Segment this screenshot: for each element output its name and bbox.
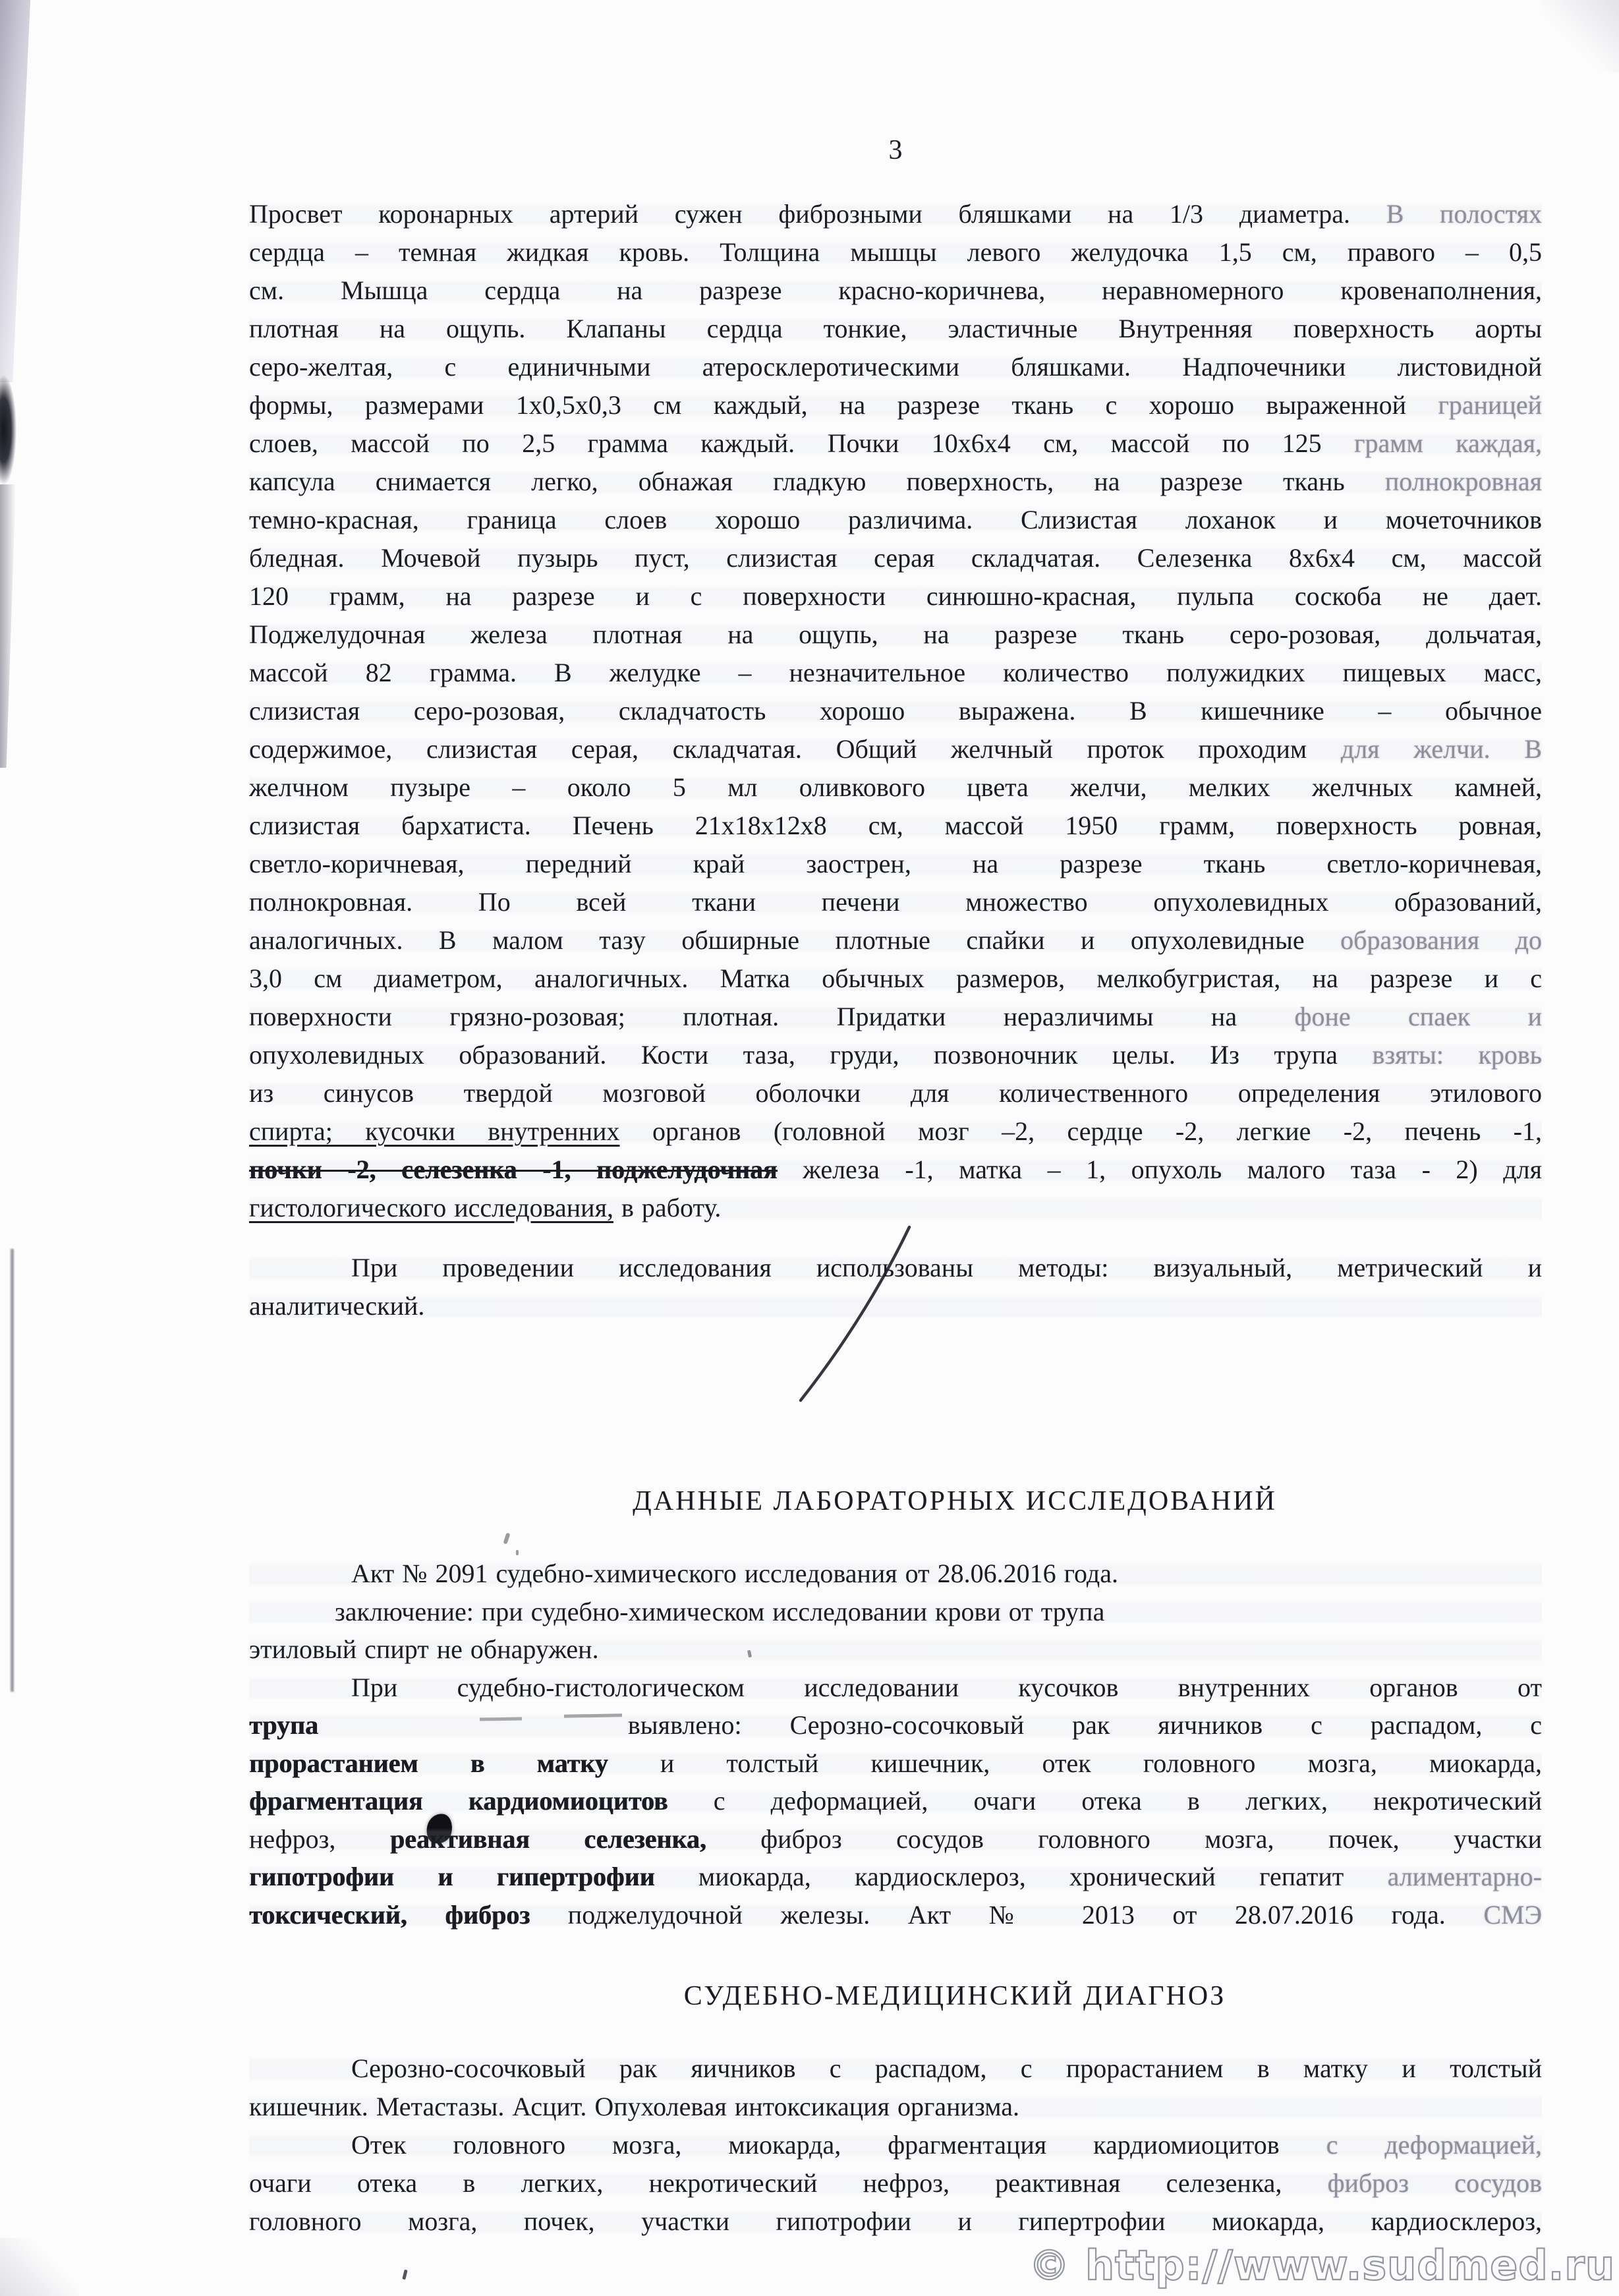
text-segment: Просвет коронарных артерий сужен фиброзн… xyxy=(249,199,1386,229)
text-segment: и толстый кишечник, отек головного мозга… xyxy=(608,1748,1542,1778)
text-segment: фиброз сосудов головного мозга, почек, у… xyxy=(706,1824,1542,1854)
text-segment: При проведении исследования использованы… xyxy=(351,1253,1542,1282)
text-segment: головного мозга, почек, участки гипотроф… xyxy=(249,2206,1542,2236)
text-segment: содержимое, слизистая серая, складчатая.… xyxy=(249,734,1341,764)
text-line: 120 грамм, на разрезе и с поверхности си… xyxy=(249,577,1542,616)
text-segment: взяты: кровь xyxy=(1372,1040,1542,1070)
text-segment: трупа xyxy=(249,1710,318,1740)
text-line: из синусов твердой мозговой оболочки для… xyxy=(249,1074,1542,1112)
text-segment: массой 82 грамма. В желудке – незначител… xyxy=(249,658,1542,687)
text-line: см. Мышца сердца на разрезе красно-корич… xyxy=(249,272,1542,310)
text-line: головного мозга, почек, участки гипотроф… xyxy=(249,2202,1542,2241)
text-segment: опухолевидных образований. Кости таза, г… xyxy=(249,1040,1372,1070)
scan-edge-artifact xyxy=(0,0,42,382)
text-line: слизистая бархатиста. Печень 21х18х12х8 … xyxy=(249,807,1542,845)
text-segment: фрагментация кардиомиоцитов xyxy=(249,1786,667,1816)
text-segment: границей xyxy=(1438,390,1542,420)
text-segment: фиброз сосудов xyxy=(1328,2168,1542,2198)
text-segment: выявлено: Серозно-сосочковый рак яичнико… xyxy=(628,1710,1542,1740)
text-segment: 3,0 см диаметром, аналогичных. Матка обы… xyxy=(249,963,1542,993)
scan-edge-artifact xyxy=(0,2238,79,2296)
text-segment: формы, размерами 1х0,5х0,3 см каждый, на… xyxy=(249,390,1438,420)
text-line: желчном пузыре – около 5 мл оливкового ц… xyxy=(249,768,1542,807)
text-segment: полнокровная. По всей ткани печени множе… xyxy=(249,887,1542,917)
pen-stroke xyxy=(758,1206,942,1417)
text-segment: СМЭ xyxy=(1483,1900,1542,1930)
text-line: бледная. Мочевой пузырь пуст, слизистая … xyxy=(249,539,1542,577)
text-segment: капсула снимается легко, обнажая гладкую… xyxy=(249,467,1385,496)
text-segment: для желчи. В xyxy=(1341,734,1542,764)
text-line: заключение: при судебно-химическом иссле… xyxy=(249,1593,1542,1631)
text-segment: грамм каждая, xyxy=(1354,428,1542,458)
text-segment: темно-красная, граница слоев хорошо разл… xyxy=(249,505,1542,534)
text-segment: реактивная селезенка, xyxy=(390,1824,706,1854)
text-segment: железа -1, матка – 1, опухоль малого таз… xyxy=(778,1155,1542,1184)
scan-edge-artifact xyxy=(11,1249,14,1692)
paragraph: Серозно-сосочковый рак яичников с распад… xyxy=(249,2050,1542,2241)
text-segment: гипотрофии и гипертрофии xyxy=(249,1862,655,1891)
text-line: прорастанием в матку и толстый кишечник,… xyxy=(249,1744,1542,1783)
text-line: фрагментация кардиомиоцитов с деформацие… xyxy=(249,1782,1542,1820)
text-line: трупавыявлено: Серозно-сосочковый рак яи… xyxy=(249,1706,1542,1744)
text-line: Серозно-сосочковый рак яичников с распад… xyxy=(249,2050,1542,2088)
scan-edge-artifact xyxy=(0,359,24,501)
text-segment: прорастанием в матку xyxy=(249,1748,608,1778)
text-segment: аналогичных. В малом тазу обширные плотн… xyxy=(249,925,1340,955)
text-line: нефроз, реактивная селезенка, фиброз сос… xyxy=(249,1820,1542,1858)
text-segment: желчном пузыре – около 5 мл оливкового ц… xyxy=(249,772,1542,802)
text-segment: этиловый спирт не обнаружен. xyxy=(249,1634,599,1664)
text-line: полнокровная. По всей ткани печени множе… xyxy=(249,883,1542,921)
scan-edge-artifact xyxy=(0,484,16,768)
text-segment: Серозно-сосочковый рак яичников с распад… xyxy=(351,2053,1542,2083)
text-line: Акт № 2091 судебно-химического исследова… xyxy=(249,1555,1542,1593)
text-segment: токсический, фиброз xyxy=(249,1900,530,1930)
text-line: поверхности грязно-розовая; плотная. При… xyxy=(249,998,1542,1036)
text-segment: слизистая серо-розовая, складчатость хор… xyxy=(249,696,1542,726)
text-line: почки -2, селезенка -1, поджелудочная же… xyxy=(249,1151,1542,1189)
text-segment: заключение: при судебно-химическом иссле… xyxy=(335,1597,1104,1626)
text-segment: из синусов твердой мозговой оболочки для… xyxy=(249,1078,1542,1108)
text-segment: плотная на ощупь. Клапаны сердца тонкие,… xyxy=(249,314,1542,343)
text-line: гипотрофии и гипертрофии миокарда, карди… xyxy=(249,1858,1542,1896)
paragraph: Просвет коронарных артерий сужен фиброзн… xyxy=(249,195,1542,1227)
paragraph: Акт № 2091 судебно-химического исследова… xyxy=(249,1555,1542,1934)
text-line: этиловый спирт не обнаружен. xyxy=(249,1630,1542,1669)
text-segment: полнокровная xyxy=(1385,467,1542,496)
text-line: слизистая серо-розовая, складчатость хор… xyxy=(249,692,1542,730)
section-heading: ДАННЫЕ ЛАБОРАТОРНЫХ ИССЛЕДОВАНИЙ xyxy=(249,1482,1542,1520)
text-line: массой 82 грамма. В желудке – незначител… xyxy=(249,654,1542,692)
stray-mark xyxy=(402,2270,407,2280)
text-line: серо-желтая, с единичными атеросклеротич… xyxy=(249,348,1542,386)
text-line: Просвет коронарных артерий сужен фиброзн… xyxy=(249,195,1542,233)
text-line: слоев, массой по 2,5 грамма каждый. Почк… xyxy=(249,424,1542,463)
text-segment: Отек головного мозга, миокарда, фрагмент… xyxy=(351,2130,1326,2160)
text-line: 3,0 см диаметром, аналогичных. Матка обы… xyxy=(249,960,1542,998)
text-segment: слоев, массой по 2,5 грамма каждый. Почк… xyxy=(249,428,1354,458)
text-line: светло-коричневая, передний край заостре… xyxy=(249,845,1542,883)
text-column: 3 Просвет коронарных артерий сужен фибро… xyxy=(249,0,1542,2241)
text-segment: фоне спаек и xyxy=(1295,1002,1542,1031)
document-page: 3 Просвет коронарных артерий сужен фибро… xyxy=(0,0,1619,2296)
text-segment: очаги отека в легких, некротический нефр… xyxy=(249,2168,1328,2198)
text-line: Поджелудочная железа плотная на ощупь, н… xyxy=(249,616,1542,654)
text-line: токсический, фиброз поджелудочной железы… xyxy=(249,1896,1542,1934)
text-segment: поверхности грязно-розовая; плотная. При… xyxy=(249,1002,1295,1031)
text-line: темно-красная, граница слоев хорошо разл… xyxy=(249,501,1542,539)
text-segment: миокарда, кардиосклероз, хронический геп… xyxy=(655,1862,1388,1891)
text-segment: почки -2, селезенка -1, поджелудочная xyxy=(249,1155,778,1184)
text-line: спирта; кусочки внутренних органов (голо… xyxy=(249,1112,1542,1151)
text-segment: поджелудочной железы. Акт № 2013 от 28.0… xyxy=(530,1900,1483,1930)
text-segment: слизистая бархатиста. Печень 21х18х12х8 … xyxy=(249,811,1542,840)
text-segment: нефроз, xyxy=(249,1824,390,1854)
text-line: аналогичных. В малом тазу обширные плотн… xyxy=(249,921,1542,960)
text-line: опухолевидных образований. Кости таза, г… xyxy=(249,1036,1542,1074)
text-line: Отек головного мозга, миокарда, фрагмент… xyxy=(249,2126,1542,2164)
text-segment: При судебно-гистологическом исследовании… xyxy=(351,1673,1542,1702)
text-line: плотная на ощупь. Клапаны сердца тонкие,… xyxy=(249,310,1542,348)
text-segment: образования до xyxy=(1340,925,1542,955)
text-segment: органов (головной мозг –2, сердце -2, ле… xyxy=(620,1116,1542,1146)
text-segment: аналитический. xyxy=(249,1291,424,1321)
text-segment: светло-коричневая, передний край заостре… xyxy=(249,849,1542,878)
scan-edge-artifact xyxy=(1540,0,1619,72)
text-line: содержимое, слизистая серая, складчатая.… xyxy=(249,730,1542,768)
text-line: очаги отека в легких, некротический нефр… xyxy=(249,2164,1542,2202)
text-segment: сердца – темная жидкая кровь. Толщина мы… xyxy=(249,237,1542,267)
text-segment: бледная. Мочевой пузырь пуст, слизистая … xyxy=(249,543,1542,573)
text-segment: кишечник. Метастазы. Асцит. Опухолевая и… xyxy=(249,2092,1019,2121)
text-segment: спирта; кусочки внутренних xyxy=(249,1116,620,1146)
text-segment: В полостях xyxy=(1386,199,1542,229)
text-line: При судебно-гистологическом исследовании… xyxy=(249,1669,1542,1707)
page-number: 3 xyxy=(249,132,1542,169)
text-segment: серо-желтая, с единичными атеросклеротич… xyxy=(249,352,1542,382)
text-line: сердца – темная жидкая кровь. Толщина мы… xyxy=(249,233,1542,272)
section-heading: СУДЕБНО-МЕДИЦИНСКИЙ ДИАГНОЗ xyxy=(249,1977,1542,2015)
text-line: капсула снимается легко, обнажая гладкую… xyxy=(249,463,1542,501)
text-segment: гистологического исследования, xyxy=(249,1193,613,1222)
text-segment: с деформацией, очаги отека в легких, нек… xyxy=(667,1786,1542,1816)
text-segment: 120 грамм, на разрезе и с поверхности си… xyxy=(249,581,1542,611)
watermark: © http://www.sudmed.ru xyxy=(1029,2241,1615,2289)
text-line: кишечник. Метастазы. Асцит. Опухолевая и… xyxy=(249,2088,1542,2126)
text-segment: в работу. xyxy=(613,1193,721,1222)
text-segment: Акт № 2091 судебно-химического исследова… xyxy=(351,1559,1118,1588)
text-segment: алиментарно- xyxy=(1388,1862,1542,1891)
text-segment: Поджелудочная железа плотная на ощупь, н… xyxy=(249,619,1542,649)
text-segment: с деформацией, xyxy=(1326,2130,1542,2160)
text-segment: см. Мышца сердца на разрезе красно-корич… xyxy=(249,275,1542,305)
text-line: формы, размерами 1х0,5х0,3 см каждый, на… xyxy=(249,386,1542,424)
